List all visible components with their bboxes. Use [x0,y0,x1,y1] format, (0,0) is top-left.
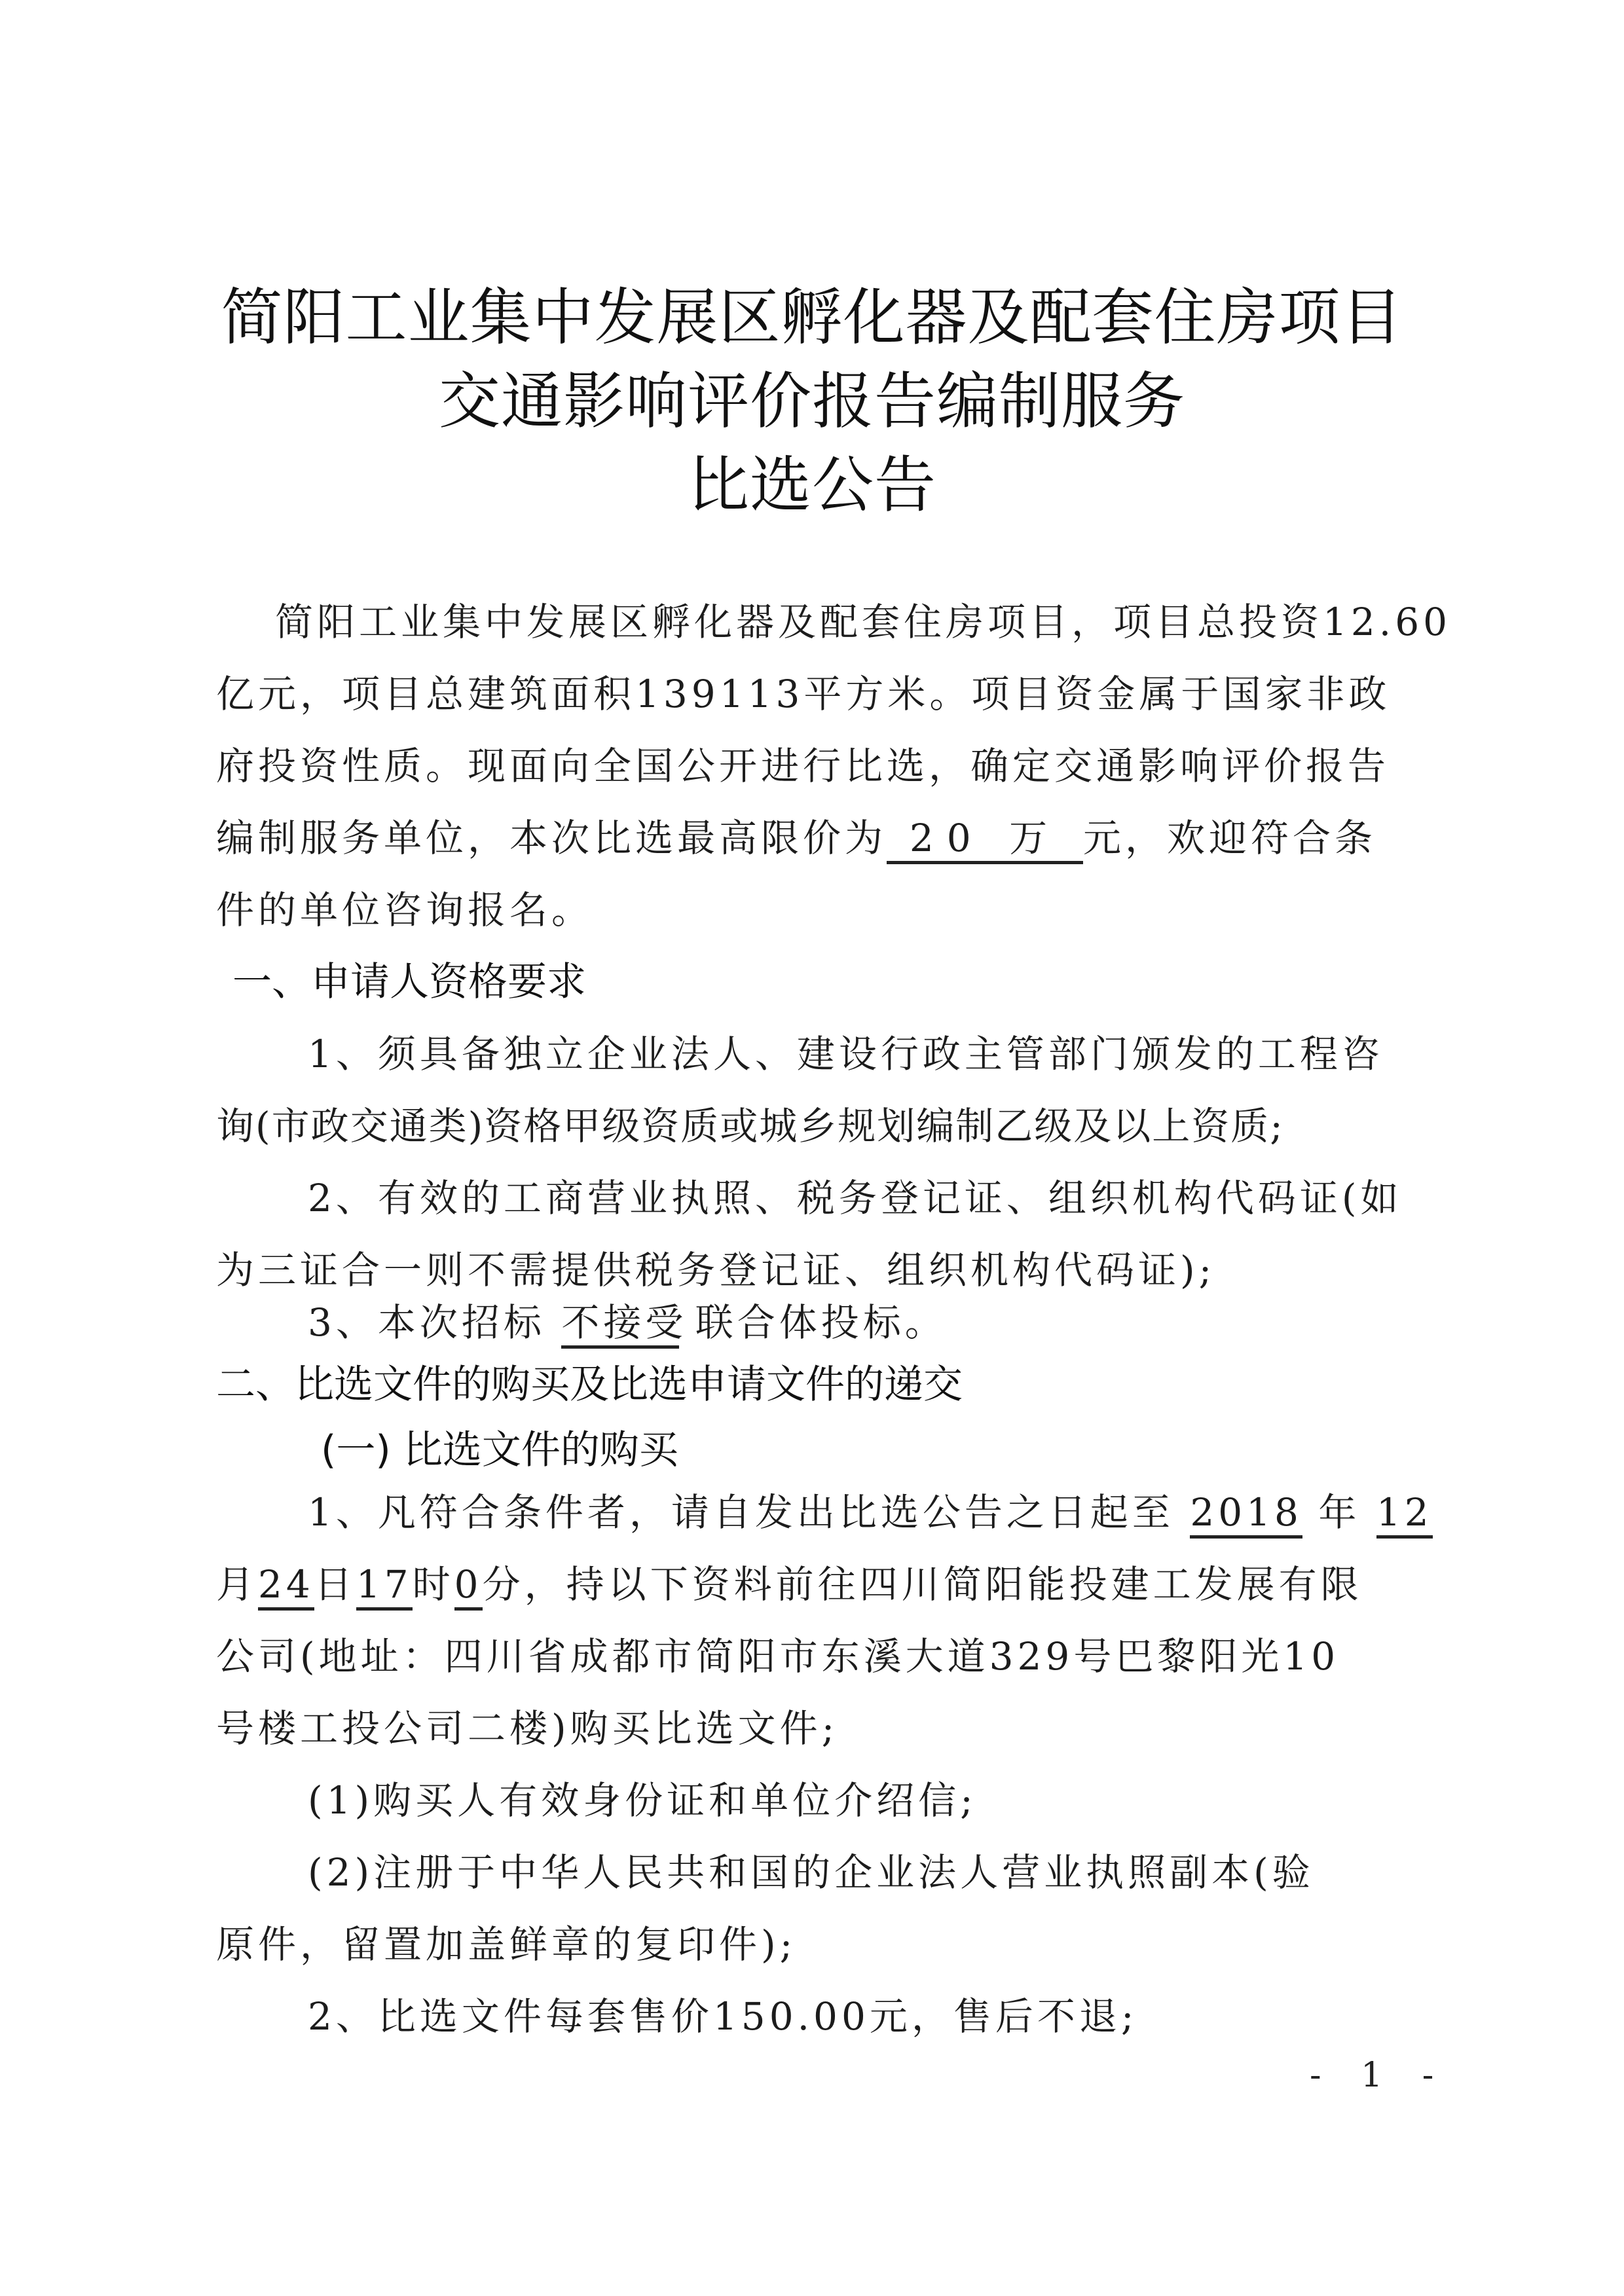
joint-bid-acceptance: 不接受 [561,1300,679,1349]
intro-line-5: 件的单位咨询报名。 [216,877,1428,943]
document-title-line-3: 比选公告 [0,449,1624,522]
purchase-period-prefix: 1、凡符合条件者，请自发出比选公告之日起至 [308,1490,1174,1535]
section-2-item-1-line-2: 月24日17时0分，持以下资料前往四川简阳能投建工发展有限 [216,1552,1428,1617]
deadline-day: 24 [258,1561,314,1611]
page-number: - 1 - [1310,2056,1448,2095]
section-1-item-1-line-1: 1、须具备独立企业法人、建设行政主管部门颁发的工程咨 [308,1021,1519,1087]
section-2-heading: 二、比选文件的购买及比选申请文件的递交 [216,1352,963,1417]
deadline-month: 12 [1376,1489,1433,1539]
max-price-value: 20 万 [887,815,1083,864]
section-2-sub-item-2-line-2: 原件，留置加盖鲜章的复印件); [216,1912,1428,1977]
hour-unit: 时 [413,1562,454,1607]
section-1-heading: 一、申请人资格要求 [232,949,586,1015]
intro-line-1: 简阳工业集中发展区孵化器及配套住房项目，项目总投资12.60 [275,589,1428,655]
document-title-line-1: 简阳工业集中发展区孵化器及配套住房项目 [0,282,1624,355]
section-2-sub-item-1: (1)购买人有效身份证和单位介绍信; [308,1768,1519,1833]
day-unit: 日 [314,1562,356,1607]
intro-line-4-suffix: 元，欢迎符合条 [1083,816,1376,860]
document-title-line-2: 交通影响评价报告编制服务 [0,365,1624,439]
section-1-item-3: 3、本次招标 不接受 联合体投标。 [308,1290,1519,1355]
section-2-item-2: 2、比选文件每套售价150.00元，售后不退; [308,1984,1519,2049]
section-2-item-1-line-3: 公司(地址：四川省成都市简阳市东溪大道329号巴黎阳光10 [216,1624,1428,1689]
intro-line-4: 编制服务单位，本次比选最高限价为20 万元，欢迎符合条 [216,805,1428,871]
section-2-sub-item-2-line-1: (2)注册于中华人民共和国的企业法人营业执照副本(验 [308,1840,1519,1905]
section-1-item-3-suffix: 联合体投标。 [695,1300,947,1345]
deadline-hour: 17 [356,1561,413,1611]
section-2-item-1-line-4: 号楼工投公司二楼)购买比选文件; [216,1696,1428,1761]
year-unit: 年 [1318,1490,1360,1535]
purchase-location: ，持以下资料前往四川简阳能投建工发展有限 [525,1562,1363,1607]
deadline-year: 2018 [1190,1489,1302,1539]
intro-line-2: 亿元，项目总建筑面积139113平方米。项目资金属于国家非政 [216,661,1428,727]
month-unit: 月 [216,1562,258,1607]
section-2-subheading: (一) 比选文件的购买 [321,1417,678,1483]
deadline-minute: 0 [454,1561,483,1611]
intro-line-4-prefix: 编制服务单位，本次比选最高限价为 [216,816,887,860]
section-1-item-3-prefix: 3、本次招标 [308,1300,545,1345]
section-1-item-2-line-1: 2、有效的工商营业执照、税务登记证、组织机构代码证(如 [308,1165,1519,1231]
intro-line-3: 府投资性质。现面向全国公开进行比选，确定交通影响评价报告 [216,733,1428,799]
minute-unit: 分 [483,1562,525,1607]
section-1-item-1-line-2: 询(市政交通类)资格甲级资质或城乡规划编制乙级及以上资质; [216,1093,1428,1159]
section-2-item-1-line-1: 1、凡符合条件者，请自发出比选公告之日起至 2018 年 12 [308,1480,1519,1545]
